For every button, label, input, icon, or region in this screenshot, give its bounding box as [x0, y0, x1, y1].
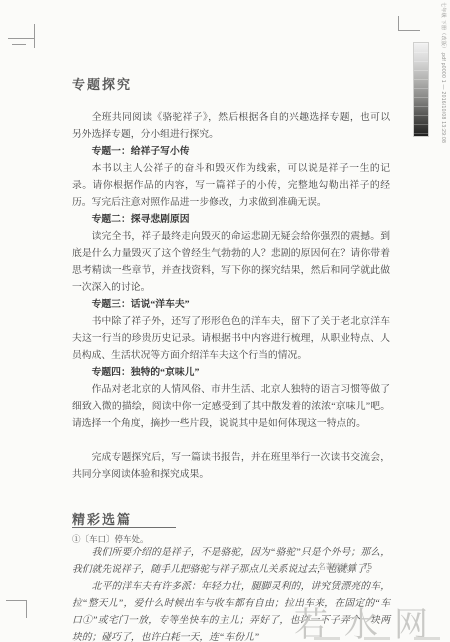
- footnote-text: ①〔车口〕停车处。: [72, 533, 149, 545]
- topic-1-body: 本书以主人公祥子的奋斗和毁灭作为线索，可以说是祥子一生的记录。请你根据作品的内容…: [72, 160, 390, 211]
- footnote-divider: [72, 527, 176, 528]
- footer-page-number: 75: [363, 562, 372, 571]
- footer-section-label: 名著导读: [318, 561, 348, 572]
- watermark-text: 若水网: [294, 597, 450, 642]
- topic-1-heading: 专题一：给祥子写小传: [72, 143, 390, 160]
- topic-2-heading: 专题二：探寻悲剧原因: [72, 211, 390, 228]
- watermark-subtext-marks: [314, 637, 440, 640]
- topic-2-body: 读完全书，祥子最终走向毁灭的命运悲剧无疑会给你强烈的震撼。到底是什么力量毁灭了这…: [72, 228, 390, 296]
- footer-divider: [355, 562, 356, 572]
- topic-4-heading: 专题四：独特的“京味儿”: [72, 364, 390, 381]
- grayscale-calibration-bar: [413, 42, 429, 137]
- explore-closing: 完成专题探究后，写一篇读书报告，并在班里举行一次读书交流会，共同分享阅读体验和探…: [72, 449, 390, 483]
- topic-3-heading: 专题三：话说“洋车夫”: [72, 296, 390, 313]
- page-content: 专题探究 全班共同阅读《骆驼祥子》，然后根据各自的兴趣选择专题，也可以另外选择专…: [72, 74, 390, 642]
- topic-3-body: 书中除了祥子外，还写了形形色色的洋车夫，留下了关于老北京洋车夫这一行当的珍贵历史…: [72, 313, 390, 364]
- topic-4-body: 作品对老北京的人情风俗、市井生活、北京人独特的语言习惯等做了细致入微的描绘，阅读…: [72, 381, 390, 432]
- page-footer: 名著导读 75: [318, 561, 372, 572]
- explore-intro: 全班共同阅读《骆驼祥子》，然后根据各自的兴趣选择专题，也可以另外选择专题，分小组…: [72, 109, 390, 143]
- section-title-explore: 专题探究: [72, 74, 390, 93]
- scanned-textbook-page: 208_22_21_ZW4-7 义务教育教科书 语文 七年级 下册（改版）.pd…: [0, 0, 450, 642]
- section-title-excerpt: 精彩选篇: [72, 509, 390, 528]
- print-production-note: 208_22_21_ZW4-7 义务教育教科书 语文 七年级 下册（改版）.pd…: [439, 0, 447, 246]
